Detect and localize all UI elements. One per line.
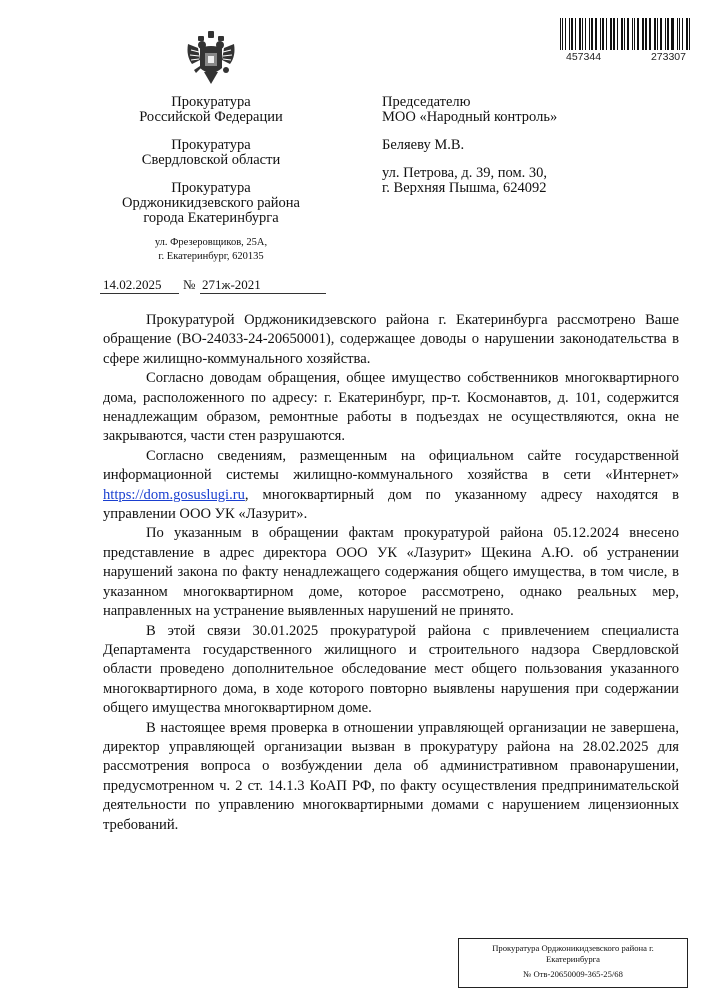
recipient-address-line: ул. Петрова, д. 39, пом. 30, xyxy=(382,166,682,181)
sender-line: Свердловской области xyxy=(100,153,322,168)
recipient-address: ул. Петрова, д. 39, пом. 30, г. Верхняя … xyxy=(382,166,682,196)
paragraph: По указанным в обращении фактам прокурат… xyxy=(103,524,679,621)
coat-of-arms-icon xyxy=(184,30,238,88)
sender-address: ул. Фрезеровщиков, 25А, г. Екатеринбург,… xyxy=(100,236,322,264)
sender-address-line: г. Екатеринбург, 620135 xyxy=(100,250,322,264)
barcode xyxy=(560,18,692,50)
registration-line: 14.02.2025 № 271ж-2021 xyxy=(100,277,330,293)
stamp-line: Екатеринбурга xyxy=(459,954,687,965)
sender-line: города Екатеринбурга xyxy=(100,211,322,226)
sender-line: Орджоникидзевского района xyxy=(100,196,322,211)
sender-org-regional: Прокуратура Свердловской области xyxy=(100,138,322,168)
sender-line: Прокуратура xyxy=(100,95,322,110)
recipient-address-line: г. Верхняя Пышма, 624092 xyxy=(382,181,682,196)
recipient-line: Председателю xyxy=(382,95,682,110)
stamp-number: № Отв-20650009-365-25/68 xyxy=(459,969,687,980)
barcode-right-number: 273307 xyxy=(651,51,686,63)
sender-line: Прокуратура xyxy=(100,181,322,196)
recipient-name: Беляеву М.В. xyxy=(382,138,682,153)
sender-line: Российской Федерации xyxy=(100,110,322,125)
sender-org-federal: Прокуратура Российской Федерации xyxy=(100,95,322,125)
registration-date: 14.02.2025 xyxy=(100,277,179,294)
recipient-block: Председателю МОО «Народный контроль» Бел… xyxy=(382,95,682,196)
sender-address-line: ул. Фрезеровщиков, 25А, xyxy=(100,236,322,250)
sender-block: Прокуратура Российской Федерации Прокура… xyxy=(100,95,322,264)
sender-line: Прокуратура xyxy=(100,138,322,153)
stamp-line: Прокуратура Орджоникидзевского района г. xyxy=(459,943,687,954)
registration-number: 271ж-2021 xyxy=(200,277,326,294)
number-sign: № xyxy=(183,277,195,293)
paragraph: В настоящее время проверка в отношении у… xyxy=(103,719,679,835)
paragraph: Согласно доводам обращения, общее имущес… xyxy=(103,369,679,447)
barcode-numbers: 457344 273307 xyxy=(560,51,692,63)
paragraph-text: Согласно сведениям, размещенным на офици… xyxy=(103,448,679,483)
recipient-position: Председателю МОО «Народный контроль» xyxy=(382,95,682,125)
paragraph: Согласно сведениям, размещенным на офици… xyxy=(103,447,679,525)
paragraph: Прокуратурой Орджоникидзевского района г… xyxy=(103,311,679,369)
barcode-left-number: 457344 xyxy=(566,51,601,63)
sender-org-district: Прокуратура Орджоникидзевского района го… xyxy=(100,181,322,226)
recipient-line: МОО «Народный контроль» xyxy=(382,110,682,125)
gis-zhkh-link[interactable]: https://dom.gosuslugi.ru xyxy=(103,487,245,503)
paragraph: В этой связи 30.01.2025 прокуратурой рай… xyxy=(103,622,679,719)
letter-body: Прокуратурой Орджоникидзевского района г… xyxy=(103,311,679,835)
registration-stamp: Прокуратура Орджоникидзевского района г.… xyxy=(458,938,688,988)
